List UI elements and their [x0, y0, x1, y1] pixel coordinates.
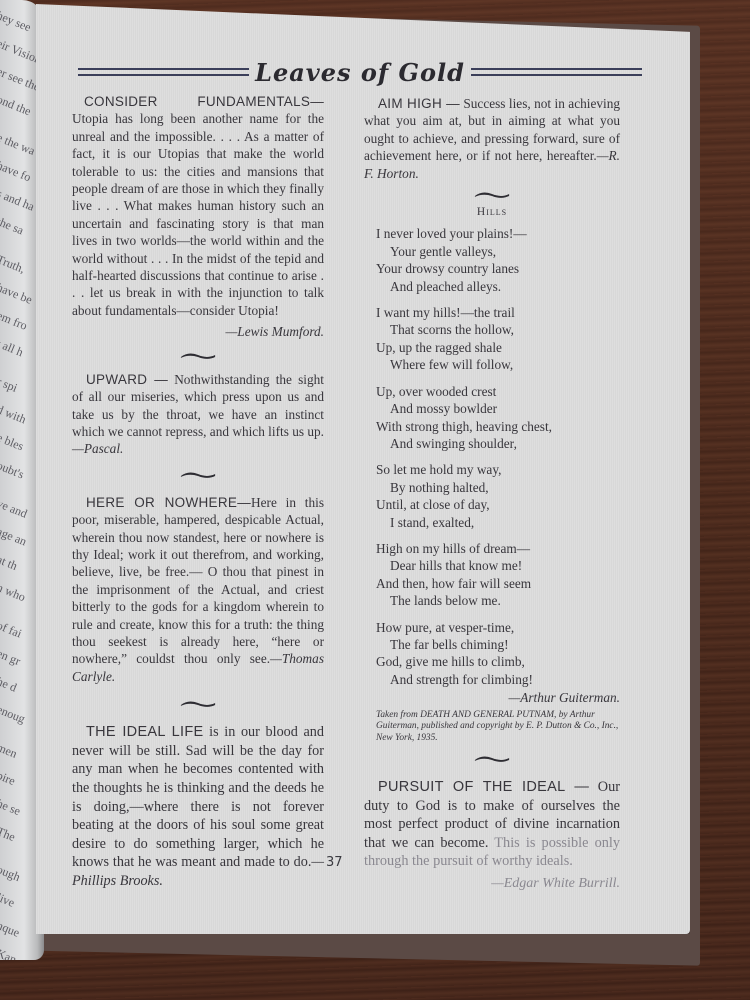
poem-stanza: I never loved your plains!—Your gentle v… [376, 225, 620, 295]
left-page-text-fragment: live [0, 890, 41, 920]
poem-stanza: So let me hold my way,By nothing halted,… [376, 461, 620, 531]
entry-heading: PURSUIT OF THE IDEAL — [378, 779, 589, 795]
poem-line: I want my hills!—the trail [376, 304, 620, 321]
left-page-text-fragment: Truth, [0, 252, 41, 282]
poem-line: By nothing halted, [376, 479, 620, 496]
entry-upward: UPWARD — Nothwithstanding the sight of a… [72, 371, 324, 458]
left-page-text-fragment: enoug [0, 702, 41, 732]
left-page-text-fragment: n who [0, 580, 41, 610]
left-page-text-fragment: The [0, 824, 41, 854]
left-page-text-fragment: e bles [0, 430, 41, 460]
poem-line: So let me hold my way, [376, 461, 620, 478]
page-title: Leaves of Gold [249, 58, 471, 87]
page-number: 37 [326, 855, 343, 870]
left-page-text-fragment: s and ha [0, 186, 41, 216]
left-page-text-fragment: he d [0, 674, 41, 704]
left-page-text-fragment: er see the [0, 64, 41, 94]
poem-line: That scorns the hollow, [376, 321, 620, 338]
left-page-text-fragment: ve and [0, 496, 41, 526]
entry-the-ideal-life: THE IDEAL LIFE is in our blood and never… [72, 723, 324, 890]
poem-line: And swinging shoulder, [376, 435, 620, 452]
poem-line: And strength for climbing! [376, 671, 620, 688]
left-page-text-fragment: eir Vision [0, 36, 41, 66]
entry-heading: THE IDEAL LIFE [86, 724, 203, 740]
entry-pursuit-of-the-ideal: PURSUIT OF THE IDEAL — Our duty to God i… [364, 778, 620, 871]
left-page-text-fragment: pire [0, 768, 41, 798]
left-page-text-fragment: nque [0, 918, 41, 948]
poem-stanza: Up, over wooded crestAnd mossy bowlderWi… [376, 383, 620, 453]
left-page-text-fragment: men [0, 740, 41, 770]
left-page-text-fragment: em fro [0, 308, 41, 338]
poem-line: Until, at close of day, [376, 496, 620, 513]
ornament-swash-icon [473, 754, 511, 764]
poem-line: The far bells chiming! [376, 636, 620, 653]
poem-line: And pleached alleys. [376, 278, 620, 295]
entry-author: —Lewis Mumford. [72, 323, 324, 340]
ornament-swash-icon [179, 699, 217, 709]
poem-line: God, give me hills to climb, [376, 653, 620, 670]
right-column: AIM HIGH — Success lies, not in achievin… [364, 95, 620, 892]
entry-aim-high: AIM HIGH — Success lies, not in achievin… [364, 95, 620, 182]
left-page-text-fragment: the sa [0, 214, 41, 244]
poem-line: With strong thigh, heaving chest, [376, 418, 620, 435]
poem-line: I never loved your plains!— [376, 225, 620, 242]
poem-line: And mossy bowlder [376, 400, 620, 417]
poem-line: Your drowsy country lanes [376, 260, 620, 277]
entry-author: —Edgar White Burrill. [364, 875, 620, 892]
poem-line: Up, up the ragged shale [376, 339, 620, 356]
entry-consider-fundamentals: CONSIDER FUNDAMENTALS— Utopia has long b… [72, 93, 324, 319]
entry-body: Utopia has long been another name for th… [72, 111, 324, 317]
left-page-text-fragment: en gr [0, 646, 41, 676]
left-page-text-fragment: age an [0, 524, 41, 554]
poem-line: And then, how fair will seem [376, 575, 620, 592]
header-rule-right [471, 68, 642, 76]
poem-line: Your gentle valleys, [376, 243, 620, 260]
left-page-text-fragment: at th [0, 552, 41, 582]
entry-body: Here in this poor, miserable, hampered, … [72, 495, 324, 667]
poem-stanza: I want my hills!—the trailThat scorns th… [376, 304, 620, 374]
left-page-text-fragment: have be [0, 280, 41, 310]
poem-author: —Arthur Guiterman. [364, 689, 620, 706]
left-page-text-fragment: of fai [0, 618, 41, 648]
poem-line: I stand, exalted, [376, 514, 620, 531]
entry-body: is in our blood and never will be still.… [72, 724, 324, 870]
poem-line: Dear hills that know me! [376, 557, 620, 574]
header-rule-left [78, 68, 249, 76]
left-page-text-fragment: have fo [0, 158, 41, 188]
entry-author: —Pascal. [72, 441, 123, 456]
left-page-text-fragment: he se [0, 796, 41, 826]
left-page-text-fragment: e the wa [0, 130, 41, 160]
poem-stanza: How pure, at vesper-time,The far bells c… [376, 619, 620, 689]
ornament-swash-icon [179, 351, 217, 361]
page-header: Leaves of Gold [78, 52, 642, 92]
poem-line: Up, over wooded crest [376, 383, 620, 400]
left-page-text-fragment: d with [0, 402, 41, 432]
entry-here-or-nowhere: HERE OR NOWHERE—Here in this poor, miser… [72, 494, 324, 685]
left-column: CONSIDER FUNDAMENTALS— Utopia has long b… [72, 93, 324, 891]
poem-line: Where few will follow, [376, 356, 620, 373]
poem-stanza: High on my hills of dream—Dear hills tha… [376, 540, 620, 610]
entry-heading: UPWARD — [86, 372, 168, 387]
entry-heading: HERE OR NOWHERE— [86, 495, 251, 510]
entry-heading: AIM HIGH — [378, 96, 460, 111]
poem-stanzas: I never loved your plains!—Your gentle v… [364, 225, 620, 688]
ornament-swash-icon [473, 190, 511, 200]
left-page-text-fragment: r spi [0, 374, 41, 404]
poem-line: High on my hills of dream— [376, 540, 620, 557]
left-page-text-fragment: ond the [0, 92, 41, 122]
ornament-swash-icon [179, 470, 217, 480]
poem-line: How pure, at vesper-time, [376, 619, 620, 636]
poem-credit: Taken from DEATH AND GENERAL PUTNAM, by … [376, 710, 620, 745]
entry-heading: CONSIDER FUNDAMENTALS— [84, 94, 324, 109]
left-page-text-fragment: ough [0, 862, 41, 892]
poem-title: Hills [364, 204, 620, 221]
left-page-text-fragment: hey see [0, 8, 41, 38]
left-page-text-fragment: t all h [0, 336, 41, 366]
poem-line: The lands below me. [376, 592, 620, 609]
left-page-text-fragment: oubt's [0, 458, 41, 488]
